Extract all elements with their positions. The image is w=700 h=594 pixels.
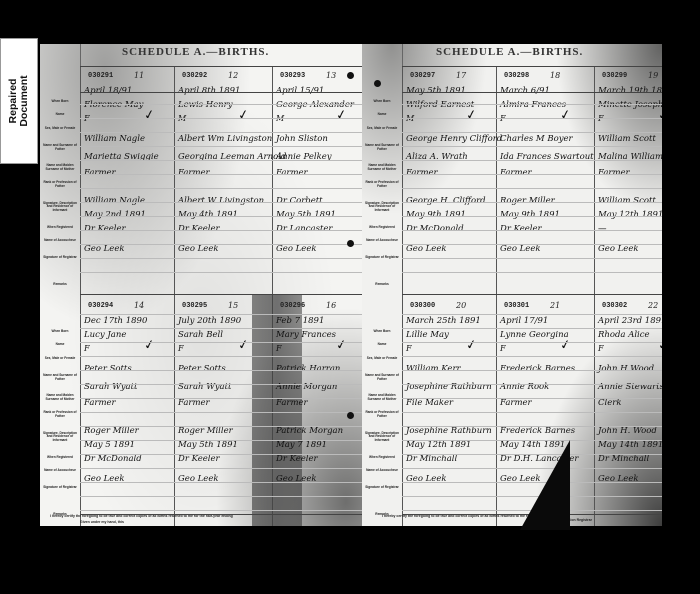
ruled-line [402,426,662,427]
registration-number: 030300 [410,302,435,310]
father-field: Charles M Boyer [500,134,573,144]
when-born-field: Dec 17th 1890 [84,316,147,326]
repaired-document-stamp: RepairedDocument [0,38,38,164]
sex-field: F [406,344,412,353]
sex-field: F [276,344,282,353]
when-born-field: July 20th 1890 [178,316,241,326]
ruled-line [80,272,362,273]
schedule-title: SCHEDULE A.—BIRTHS. [436,46,583,58]
ruled-line [402,104,662,105]
row-label: Sex, Male or Female [364,127,400,131]
row-label: Name of Accoucheur [42,469,78,473]
ruled-line [402,314,662,315]
registrar-field: Geo Leek [598,244,639,254]
name-field: Lewis Henry [178,100,233,110]
when-born-field: March 6/91 [500,86,550,96]
father-field: William Scott [598,134,656,144]
ruled-line [80,92,362,93]
row-label: Signature of Registrar [42,486,78,490]
when-born-field: March 19th 1891 [598,86,662,96]
father-profession-field: Farmer [178,168,210,178]
ruled-line [80,202,362,203]
stamp-label: RepairedDocument [8,75,30,126]
row-label: Sex, Male or Female [42,127,78,131]
ruled-line [402,66,662,67]
registration-number: 030297 [410,72,435,80]
torn-corner [520,440,570,530]
when-born-field: April 17/91 [500,316,548,326]
ruled-line [402,370,662,371]
informant-field: Roger Miller [500,196,555,206]
row-label: When Born [364,330,400,334]
row-label: Signature, Description and Residence of … [364,202,400,213]
informant-field: William Nagle [84,196,145,206]
row-label: When Registered [364,226,400,230]
when-registered-field: May 14th 1891 [598,440,662,450]
name-field: Almira Frances [500,100,566,110]
entry-number: 12 [228,71,238,80]
father-profession-field: Farmer [276,168,308,178]
ruled-line [80,104,362,105]
ruled-line [402,160,662,161]
when-registered-field: May 4th 1891 [178,210,238,220]
ruled-line [402,92,662,93]
witness-text: Given under my hand, this [80,520,124,524]
ruled-line [80,244,362,245]
ruled-line [80,294,362,295]
schedule-title: SCHEDULE A.—BIRTHS. [122,46,269,58]
registrar-field: Geo Leek [84,244,125,254]
when-registered-field: May 2nd 1891 [84,210,146,220]
row-label: Name and Maiden Surname of Mother [42,164,78,171]
when-registered-field: May 12th 1891 [598,210,662,220]
check-mark-icon: ✓ [237,337,250,354]
ruled-line [80,342,362,343]
row-label: Name and Maiden Surname of Mother [42,394,78,401]
row-label: Rank or Profession of Father [42,181,78,188]
ruled-line [402,294,662,295]
ruled-line [402,328,662,329]
ruled-line [80,514,362,515]
binding-hole [347,240,354,247]
right-page: SCHEDULE A.—BIRTHS. When BornNameSex, Ma… [362,44,662,526]
when-registered-field: May 5th 1891 [178,440,238,450]
when-born-field: Feb 7 1891 [276,316,324,326]
registration-number: 030293 [280,72,305,80]
entry-number: 20 [456,301,466,310]
name-field: Lillie May [406,330,449,340]
row-label: Name and Surname of Father [42,374,78,381]
row-label: Rank or Profession of Father [364,181,400,188]
check-mark-icon: ✓ [335,337,348,354]
sex-field: F [178,344,184,353]
ruled-line [80,454,362,455]
ruled-line [80,66,362,67]
when-registered-field: May 12th 1891 [406,440,471,450]
row-label: Rank or Profession of Father [42,411,78,418]
row-labels: When BornNameSex, Male or FemaleName and… [362,44,403,526]
entry-number: 19 [648,71,658,80]
when-registered-field: May 5th 1891 [276,210,336,220]
entry-number: 11 [134,71,144,80]
ruled-line [80,258,362,259]
row-label: Name [42,343,78,347]
when-registered-field: May 7 1891 [276,440,327,450]
check-mark-icon: ✓ [657,337,662,354]
entry-number: 22 [648,301,658,310]
informant-field: Roger Miller [178,426,233,436]
registration-number: 030298 [504,72,529,80]
ruled-line [80,426,362,427]
ruled-line [402,272,662,273]
registrar-field: Geo Leek [178,244,219,254]
accoucheur-field: Dr McDonald [84,454,142,464]
ruled-line [80,174,362,175]
registration-number: 030302 [602,302,627,310]
ruled-line [80,314,362,315]
informant-field: John H. Wood [598,426,657,436]
row-label: Name and Maiden Surname of Mother [364,164,400,171]
accoucheur-field: Dr Keeler [500,224,542,234]
ruled-line [402,244,662,245]
ruled-line [402,398,662,399]
when-registered-field: May 9th 1891 [500,210,560,220]
entry-number: 18 [550,71,560,80]
accoucheur-field: Dr Minchall [406,454,457,464]
name-field: Florence May [84,100,143,110]
row-label: When Born [42,330,78,334]
ruled-line [80,412,362,413]
ruled-line [80,370,362,371]
father-profession-field: Clerk [598,398,621,408]
entry-number: 13 [326,71,336,80]
row-label: Signature, Description and Residence of … [42,432,78,443]
registration-number: 030301 [504,302,529,310]
registration-number: 030291 [88,72,113,80]
ruled-line [80,188,362,189]
name-field: Rhoda Alice [598,330,650,340]
registration-number: 030299 [602,72,627,80]
ruled-line [80,398,362,399]
binding-hole [347,412,354,419]
name-field: Sarah Bell [178,330,223,340]
ruled-line [80,146,362,147]
ruled-line [402,356,662,357]
informant-field: Josephine Rathburn [406,426,492,436]
row-label: Name and Maiden Surname of Mother [364,394,400,401]
ruled-line [402,118,662,119]
informant-field: William Scott [598,196,656,206]
name-field: Wilford Earnest [406,100,474,110]
ruled-line [402,202,662,203]
row-label: Signature of Registrar [364,256,400,260]
binding-hole [347,72,354,79]
father-profession-field: Farmer [178,398,210,408]
ruled-line [402,230,662,231]
informant-field: Roger Miller [84,426,139,436]
when-registered-field: May 9th 1891 [406,210,466,220]
ruled-line [80,328,362,329]
ruled-line [402,132,662,133]
binding-hole [374,80,381,87]
ruled-line [80,118,362,119]
sex-field: F [598,344,604,353]
registration-number: 030295 [182,302,207,310]
accoucheur-field: Dr Keeler [84,224,126,234]
father-field: Peter Sotts [178,364,226,374]
accoucheur-field: Dr Keeler [178,224,220,234]
ruled-line [402,188,662,189]
father-field: Peter Sotts [84,364,132,374]
row-label: Signature, Description and Residence of … [364,432,400,443]
check-mark-icon: ✓ [465,337,478,354]
father-profession-field: Farmer [500,398,532,408]
ruled-line [402,146,662,147]
row-label: Name and Surname of Father [364,374,400,381]
when-born-field: April 23rd 1891 [598,316,662,326]
check-mark-icon: ✓ [237,107,250,124]
father-profession-field: Farmer [84,168,116,178]
row-label: Remarks [364,283,400,287]
registrar-field: Geo Leek [276,244,317,254]
when-born-field: March 25th 1891 [406,316,481,326]
accoucheur-field: Dr Keeler [178,454,220,464]
row-labels: When BornNameSex, Male or FemaleName and… [40,44,81,526]
father-field: William Kerr [406,364,461,374]
accoucheur-field: — [598,224,607,234]
scanned-document: RepairedDocument SCHEDULE A.—BIRTHS. Whe… [0,0,700,594]
father-profession-field: Farmer [598,168,630,178]
ruled-line [80,384,362,385]
ruled-line [80,482,362,483]
informant-field: Albert W Livingston [178,196,264,206]
father-field: William Nagle [84,134,145,144]
registration-number: 030296 [280,302,305,310]
row-label: When Registered [42,456,78,460]
father-field: Patrick Harran [276,364,340,374]
father-field: John Sliston [276,134,328,144]
father-field: Albert Wm Livingston [178,134,272,144]
entry-number: 16 [326,301,336,310]
ruled-line [80,230,362,231]
row-label: When Born [364,100,400,104]
name-field: Mary Frances [276,330,336,340]
registration-number: 030292 [182,72,207,80]
row-label: When Born [42,100,78,104]
accoucheur-field: Dr McDonald [406,224,464,234]
father-profession-field: Farmer [406,168,438,178]
row-label: Name [364,113,400,117]
father-profession-field: File Maker [406,398,453,408]
row-label: Signature of Registrar [364,486,400,490]
accoucheur-field: Dr Lancaster [276,224,332,234]
ruled-line [402,216,662,217]
registrar-field: Geo Leek [500,244,541,254]
ruled-line [80,496,362,497]
ruled-line [80,132,362,133]
name-field: George Alexander [276,100,354,110]
left-page: SCHEDULE A.—BIRTHS. When BornNameSex, Ma… [40,44,362,526]
registration-number: 030294 [88,302,113,310]
when-registered-field: May 5 1891 [84,440,135,450]
informant-field: Dr Corbett [276,196,323,206]
accoucheur-field: Dr Minchall [598,454,649,464]
ruled-line [80,440,362,441]
check-mark-icon: ✓ [143,337,156,354]
row-label: Name [364,343,400,347]
row-label: Name [42,113,78,117]
row-label: Signature, Description and Residence of … [42,202,78,213]
entry-number: 14 [134,301,144,310]
name-field: Lucy Jane [84,330,126,340]
name-field: Minette Josephine [598,100,662,110]
row-label: Name of Accoucheur [364,469,400,473]
father-field: John H Wood [598,364,654,374]
entry-number: 17 [456,71,466,80]
informant-field: George H. Clifford [406,196,486,206]
when-born-field: April 15/91 [276,86,324,96]
ruled-line [402,258,662,259]
ruled-line [402,412,662,413]
sex-field: F [500,344,506,353]
row-label: Sex, Male or Female [42,357,78,361]
ruled-line [402,342,662,343]
father-field: George Henry Clifford [406,134,502,144]
row-label: Name and Surname of Father [364,144,400,151]
when-born-field: May 5th 1891 [406,86,466,96]
father-profession-field: Farmer [84,398,116,408]
ruled-line [402,384,662,385]
father-profession-field: Farmer [500,168,532,178]
row-label: When Registered [42,226,78,230]
entry-number: 21 [550,301,560,310]
ruled-line [80,468,362,469]
ruled-line [80,510,362,511]
informant-field: Patrick Morgan [276,426,343,436]
father-profession-field: Farmer [276,398,308,408]
entry-number: 15 [228,301,238,310]
registrar-field: Geo Leek [406,244,447,254]
check-mark-icon: ✓ [143,107,156,124]
when-born-field: April 8th 1891 [178,86,240,96]
ruled-line [80,160,362,161]
sex-field: F [84,344,90,353]
informant-field: Frederick Barnes [500,426,575,436]
row-label: Name of Accoucheur [42,239,78,243]
row-label: Rank or Profession of Father [364,411,400,418]
ruled-line [402,174,662,175]
ruled-line [80,216,362,217]
row-label: Remarks [42,283,78,287]
when-born-field: April 18/91 [84,86,132,96]
name-field: Lynne Georgina [500,330,569,340]
ruled-line [80,356,362,357]
row-label: Name of Accoucheur [364,239,400,243]
accoucheur-field: Dr Keeler [276,454,318,464]
row-label: Sex, Male or Female [364,357,400,361]
row-label: Signature of Registrar [42,256,78,260]
row-label: When Registered [364,456,400,460]
father-field: Frederick Barnes [500,364,575,374]
row-label: Name and Surname of Father [42,144,78,151]
